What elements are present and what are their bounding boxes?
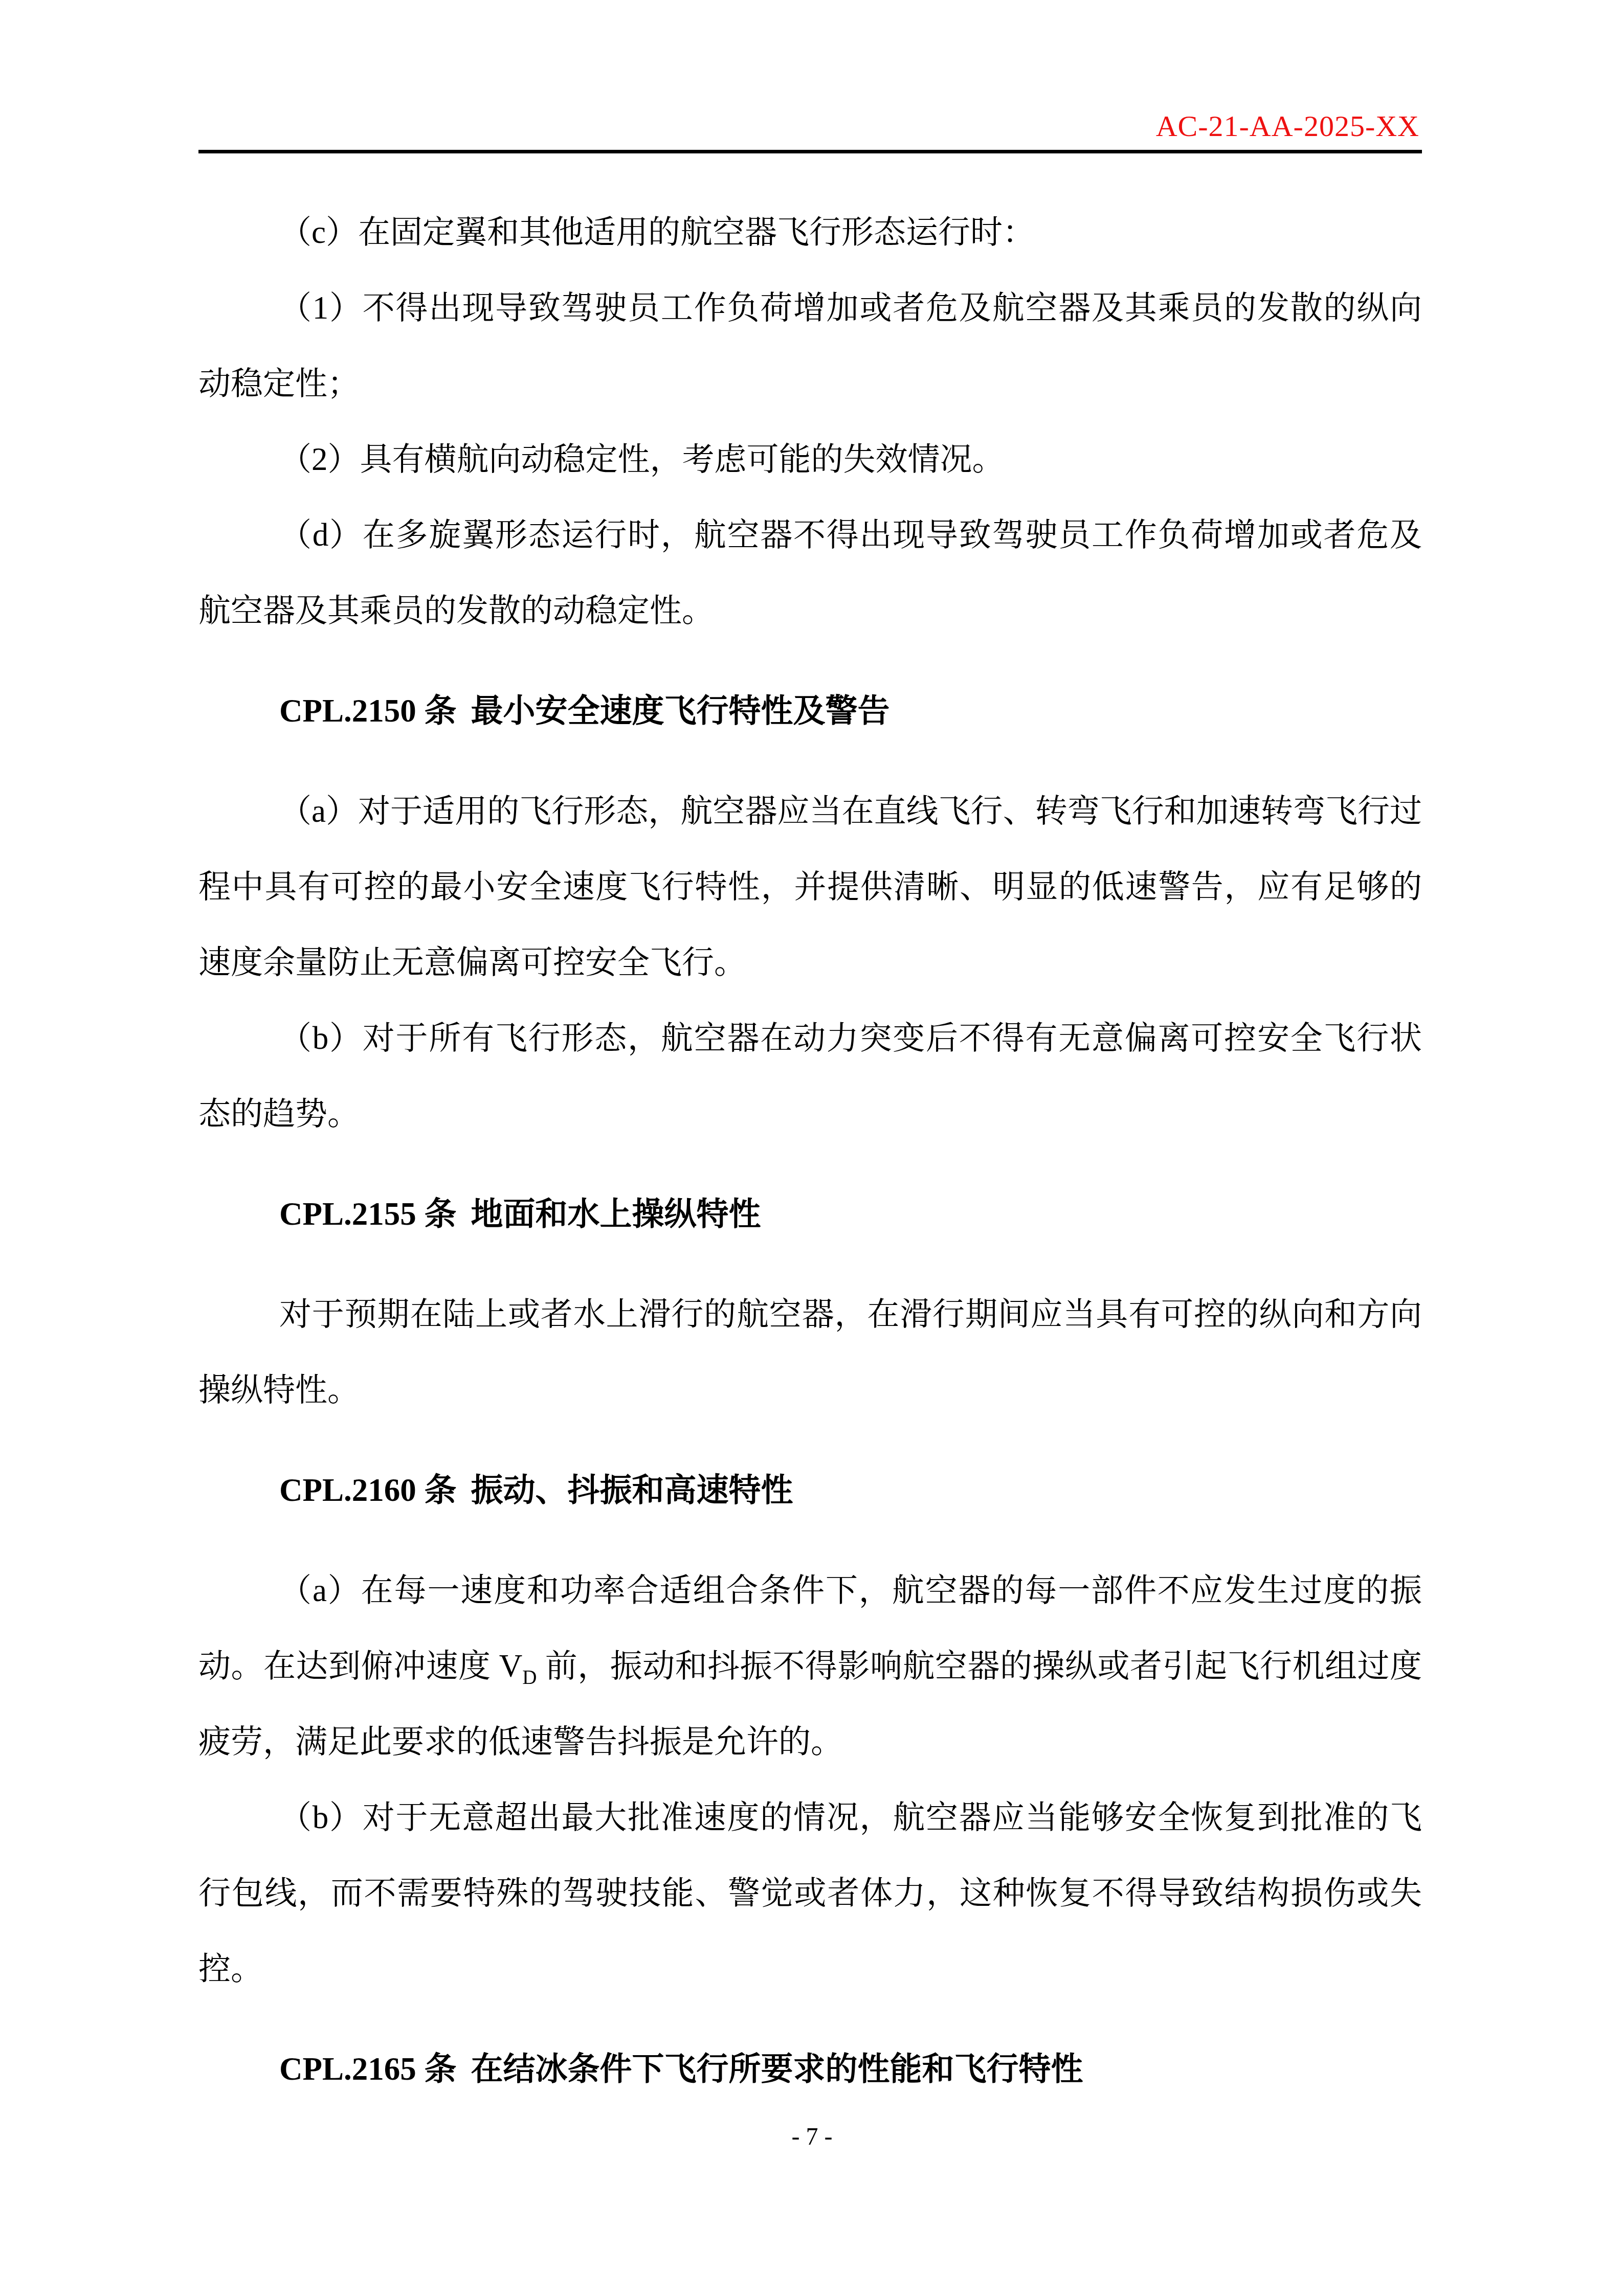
section-heading-cpl2150: CPL.2150 条最小安全速度飞行特性及警告	[198, 673, 1422, 749]
speed-symbol-v: V	[499, 1648, 523, 1684]
section-heading-cpl2165: CPL.2165 条在结冰条件下飞行所要求的性能和飞行特性	[198, 2031, 1422, 2107]
section-heading-cpl2160: CPL.2160 条振动、抖振和高速特性	[198, 1452, 1422, 1528]
section-number: CPL.2160 条	[279, 1472, 457, 1508]
paragraph-d: （d）在多旋翼形态运行时，航空器不得出现导致驾驶员工作负荷增加或者危及航空器及其…	[198, 497, 1422, 648]
header-rule	[198, 150, 1422, 153]
section-number: CPL.2150 条	[279, 693, 457, 729]
speed-symbol-d-subscript: D	[522, 1667, 537, 1689]
paragraph-2150-a: （a）对于适用的飞行形态，航空器应当在直线飞行、转弯飞行和加速转弯飞行过程中具有…	[198, 773, 1422, 1000]
document-body: （c）在固定翼和其他适用的航空器飞行形态运行时： （1）不得出现导致驾驶员工作负…	[198, 194, 1422, 2131]
section-heading-cpl2155: CPL.2155 条地面和水上操纵特性	[198, 1176, 1422, 1252]
section-number: CPL.2155 条	[279, 1196, 457, 1232]
section-title: 地面和水上操纵特性	[471, 1196, 761, 1232]
section-title: 振动、抖振和高速特性	[471, 1472, 793, 1508]
section-title: 在结冰条件下飞行所要求的性能和飞行特性	[471, 2051, 1083, 2087]
paragraph-2155: 对于预期在陆上或者水上滑行的航空器，在滑行期间应当具有可控的纵向和方向操纵特性。	[198, 1276, 1422, 1428]
section-title: 最小安全速度飞行特性及警告	[471, 693, 890, 729]
paragraph-c1: （1）不得出现导致驾驶员工作负荷增加或者危及航空器及其乘员的发散的纵向动稳定性；	[198, 270, 1422, 421]
paragraph-2160-b: （b）对于无意超出最大批准速度的情况，航空器应当能够安全恢复到批准的飞行包线，而…	[198, 1780, 1422, 2007]
paragraph-c: （c）在固定翼和其他适用的航空器飞行形态运行时：	[198, 194, 1422, 270]
section-number: CPL.2165 条	[279, 2051, 457, 2087]
paragraph-2160-a: （a）在每一速度和功率合适组合条件下，航空器的每一部件不应发生过度的振动。在达到…	[198, 1552, 1422, 1780]
page-number: - 7 -	[0, 2122, 1624, 2152]
paragraph-2150-b: （b）对于所有飞行形态，航空器在动力突变后不得有无意偏离可控安全飞行状态的趋势。	[198, 1000, 1422, 1152]
document-page: AC-21-AA-2025-XX （c）在固定翼和其他适用的航空器飞行形态运行时…	[0, 0, 1624, 2296]
doc-number: AC-21-AA-2025-XX	[198, 108, 1419, 144]
paragraph-c2: （2）具有横航向动稳定性，考虑可能的失效情况。	[198, 421, 1422, 497]
